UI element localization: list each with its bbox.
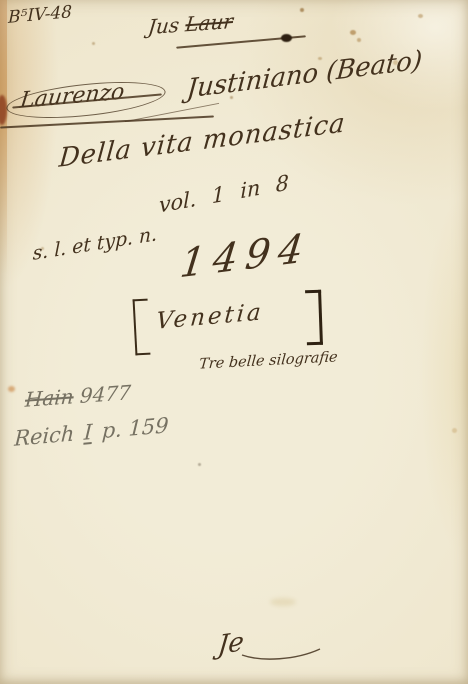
foxing-spot bbox=[92, 42, 95, 45]
reference-hain-name: Hain bbox=[24, 384, 74, 412]
foxing-spot bbox=[418, 14, 423, 18]
smudge bbox=[270, 598, 296, 606]
illustration-note: Tre belle silografie bbox=[198, 350, 338, 372]
right-bracket-mark bbox=[305, 290, 323, 346]
left-bracket-mark bbox=[133, 299, 151, 356]
place-bracketed: Venetia bbox=[155, 301, 264, 334]
reference-reich-name: Reich bbox=[14, 421, 75, 450]
foxing-spot bbox=[357, 38, 361, 42]
format-note: vol. 1 in 8 bbox=[159, 172, 289, 216]
foxing-spot bbox=[452, 428, 457, 433]
reference-hain-number: 9477 bbox=[79, 380, 131, 408]
reference-reich: Reich I p. 159 bbox=[14, 415, 169, 450]
imprint-note: s. l. et typ. n. bbox=[33, 225, 158, 264]
author-main: Justiniano (Beato) bbox=[186, 47, 423, 102]
ink-blot bbox=[281, 34, 292, 42]
reference-reich-volume: I bbox=[83, 420, 93, 445]
top-note-struck: Laur bbox=[184, 9, 234, 37]
shelfmark: B⁵IV-48 bbox=[8, 4, 72, 27]
top-note: Jus Laur bbox=[147, 11, 234, 37]
flourish-tail bbox=[240, 645, 322, 663]
foxing-spot bbox=[8, 386, 15, 392]
title: Della vita monastica bbox=[58, 110, 347, 172]
foxing-spot bbox=[198, 463, 201, 466]
left-edge-stain bbox=[0, 0, 7, 275]
reference-reich-page: p. 159 bbox=[101, 413, 169, 443]
reference-hain: Hain 9477 bbox=[24, 382, 131, 410]
year: 1494 bbox=[178, 229, 313, 285]
top-note-kept: Jus bbox=[147, 13, 181, 39]
foxing-spot bbox=[350, 30, 356, 35]
foxing-spot bbox=[300, 8, 304, 12]
catalog-card: B⁵IV-48 Jus Laur Laurenzo Justiniano (Be… bbox=[0, 0, 468, 684]
